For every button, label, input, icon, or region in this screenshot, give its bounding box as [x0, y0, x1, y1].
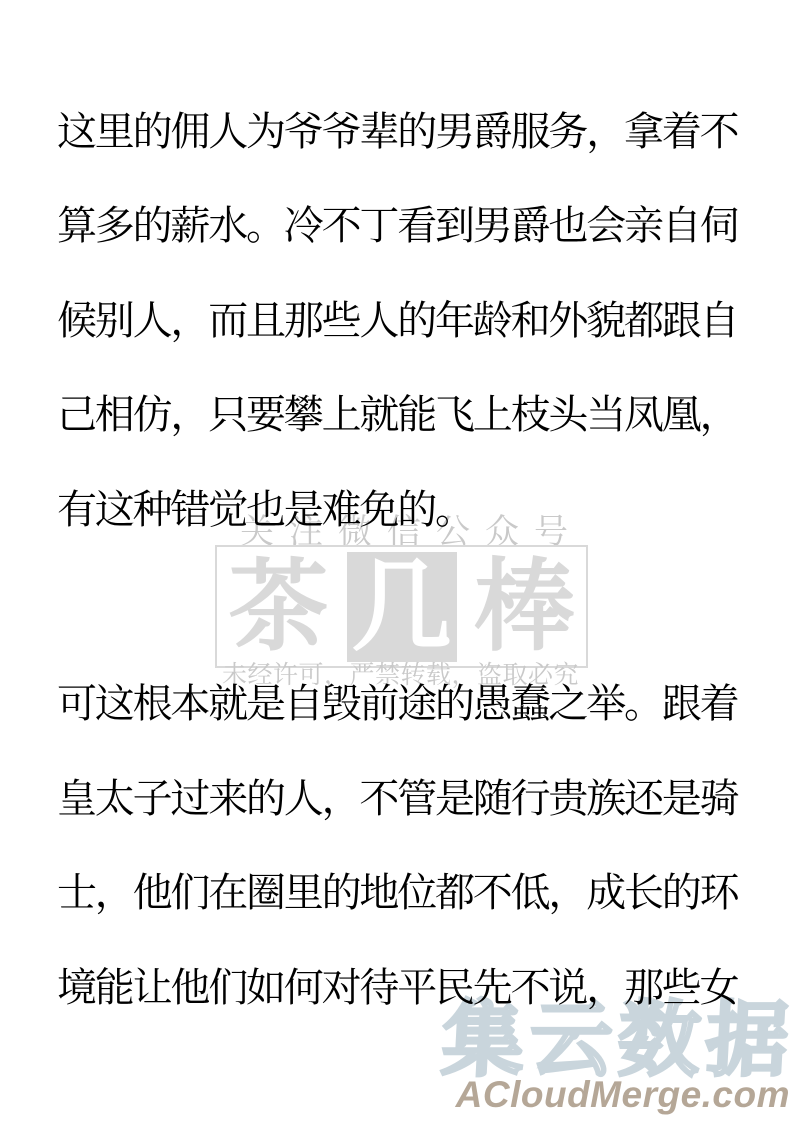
text-line: 己相仿，只要攀上就能飞上枝头当凤凰， [57, 365, 747, 460]
paragraph-1: 这里的佣人为爷爷辈的男爵服务，拿着不 算多的薪水。冷不丁看到男爵也会亲自伺 候别… [57, 81, 747, 554]
text-line: 境能让他们如何对待平民先不说，那些女 [57, 937, 747, 1032]
text-line: 这里的佣人为爷爷辈的男爵服务，拿着不 [57, 81, 747, 176]
novel-text-page: 关注微信公众号 茶 几 棒 未经许可，严禁转载，盗取必究 集云数据 ACloud… [0, 0, 794, 1122]
paragraph-2: 可这根本就是自毁前途的愚蠢之举。跟着 皇太子过来的人，不管是随行贵族还是骑 士，… [57, 654, 747, 1032]
text-line: 有这种错觉也是难免的。 [57, 459, 747, 554]
story-text: 这里的佣人为爷爷辈的男爵服务，拿着不 算多的薪水。冷不丁看到男爵也会亲自伺 候别… [57, 81, 747, 1032]
text-line: 可这根本就是自毁前途的愚蠢之举。跟着 [57, 654, 747, 749]
text-line: 算多的薪水。冷不丁看到男爵也会亲自伺 [57, 176, 747, 271]
paragraph-gap [57, 554, 747, 654]
text-line: 士，他们在圈里的地位都不低，成长的环 [57, 843, 747, 938]
text-line: 候别人，而且那些人的年龄和外貌都跟自 [57, 270, 747, 365]
text-line: 皇太子过来的人，不管是随行贵族还是骑 [57, 748, 747, 843]
